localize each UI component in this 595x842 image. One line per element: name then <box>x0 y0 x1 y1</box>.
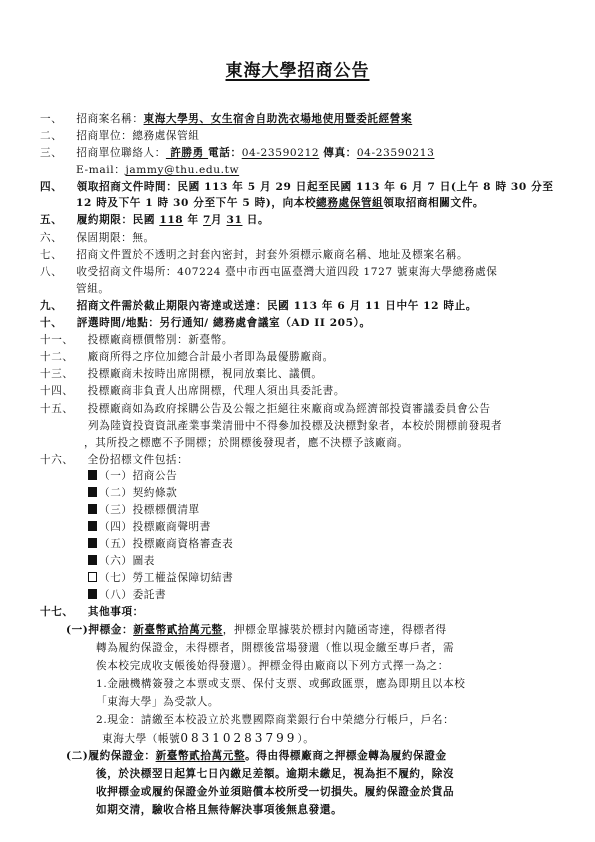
doc-item: （三）投標標價清單 <box>88 504 200 517</box>
item-16: 十六、 全份招標文件包括： <box>40 454 188 467</box>
item-4: 四、 領取招商文件時間：民國 113 年 5 月 29 日起至民國 113 年 … <box>40 181 554 194</box>
bid-bond-cont1: 轉為履約保證金，未得標者，開標後當場發還（惟以現金繳至專戶者，需 <box>96 642 454 655</box>
bid-bond-cont2: 俟本校完成收支帳後始得發還）。押標金得由廠商以下列方式擇一為之： <box>96 660 449 673</box>
checkbox-checked-icon[interactable] <box>88 538 97 548</box>
performance-bond-cont1: 後，於決標翌日起算七日內繳足差額。逾期未繳足，視為拒不履約，除沒 <box>96 768 454 781</box>
checkbox-checked-icon[interactable] <box>88 521 97 531</box>
item-8: 八、 收受招商文件場所：407224 臺中市西屯區臺灣大道四段 1727 號東海… <box>40 266 497 279</box>
checkbox-checked-icon[interactable] <box>88 470 97 480</box>
doc-item: （七）勞工權益保障切結書 <box>88 572 233 585</box>
item-9: 九、 招商文件需於截止期限內寄達或送達：民國 113 年 6 月 11 日中午 … <box>40 300 477 313</box>
item-17: 十七、 其他事項： <box>40 606 144 619</box>
announcement-page: 東海大學招商公告 一、 招商案名稱：東海大學男、女生宿舍自助洗衣場地使用暨委託經… <box>0 0 595 842</box>
item-2: 二、 招商單位：總務處保管組 <box>40 130 200 143</box>
item-8-cont: 管組。 <box>76 283 110 296</box>
doc-item: （五）投標廠商資格審查表 <box>88 538 233 551</box>
performance-bond-amount: 新臺幣貳拾萬元整 <box>156 750 246 762</box>
item-10: 十、 評選時間/地點：另行通知/ 總務處會議室（AD II 205）。 <box>40 317 371 330</box>
payment-method-1-cont: 「東海大學」為受款人。 <box>96 696 219 709</box>
contact-name: 許勝勇 <box>166 147 208 159</box>
checkbox-unchecked-icon[interactable] <box>88 572 97 582</box>
checkbox-checked-icon[interactable] <box>88 555 97 565</box>
checkbox-checked-icon[interactable] <box>88 487 97 497</box>
fax-number: 04-23590213 <box>357 147 435 159</box>
bid-bond-amount: 新臺幣貳拾萬元整 <box>133 624 223 636</box>
case-name: 東海大學男、女生宿舍自助洗衣場地使用暨委託經營案 <box>144 113 413 125</box>
item-3: 三、 招商單位聯絡人： 許勝勇 電話：04-23590212 傳真：04-235… <box>40 147 434 160</box>
item-12: 十二、 廠商所得之序位加總合計最小者即為最優勝廠商。 <box>40 351 334 364</box>
payment-method-2-cont: 東海大學（帳號08310283799）。 <box>102 732 314 746</box>
doc-item: （八）委託書 <box>88 589 166 602</box>
item-13: 十三、 投標廠商未按時出席開標，視同放棄比、議價。 <box>40 368 323 381</box>
item-11: 十一、 投標廠商標價幣別：新臺幣。 <box>40 334 233 347</box>
payment-method-1: 1.金融機構簽發之本票或支票、保付支票、或郵政匯票，應為即期且以本校 <box>96 678 466 691</box>
payment-method-2: 2.現金：請繳至本校設立於兆豐國際商業銀行台中榮總分行帳戶，戶名： <box>96 714 454 727</box>
page-title: 東海大學招商公告 <box>0 56 595 81</box>
phone-number: 04-23590212 <box>242 147 320 159</box>
checkbox-checked-icon[interactable] <box>88 504 97 514</box>
doc-item: （六）圖表 <box>88 555 155 568</box>
item-15-cont2: ，其所投之標應不予開標；於開標後發現者，應不決標予該廠商。 <box>84 437 409 450</box>
doc-item: （二）契約條款 <box>88 487 177 500</box>
checkbox-checked-icon[interactable] <box>88 589 97 599</box>
performance-bond: (二)履約保證金：新臺幣貳拾萬元整。得由得標廠商之押標金轉為履約保證金 <box>66 750 447 763</box>
item-5: 五、 履約期限：民國 118 年 7月 31 日。 <box>40 214 269 227</box>
item-14: 十四、 投標廠商非負責人出席開標，代理人須出具委託書。 <box>40 385 345 398</box>
item-3-email: E-mail：jammy@thu.edu.tw <box>76 164 239 177</box>
item-1: 一、 招商案名稱：東海大學男、女生宿舍自助洗衣場地使用暨委託經營案 <box>40 113 412 126</box>
email-link[interactable]: jammy@thu.edu.tw <box>125 164 239 176</box>
performance-bond-cont2: 收押標金或履約保證金外並須賠償本校所受一切損失。履約保證金於貨品 <box>96 786 454 799</box>
bid-bond: (一)押標金：新臺幣貳拾萬元整，押標金單據裝於標封內隨函寄達，得標者得 <box>66 624 447 637</box>
item-7: 七、 招商文件置於不透明之封套內密封，封套外須標示廠商名稱、地址及標案名稱。 <box>40 249 468 262</box>
item-15: 十五、 投標廠商如為政府採購公告及公報之拒絕往來廠商或為經濟部投資審議委員會公告 <box>40 403 491 416</box>
item-15-cont1: 列為陸資投資資訊產業事業清冊中不得參加投標及決標對象者，本校於開標前發現者 <box>88 420 502 433</box>
account-number: 08310283799 <box>180 731 297 745</box>
performance-bond-cont3: 如期交清，驗收合格且無待解決事項後無息發還。 <box>96 804 342 817</box>
item-6: 六、 保固期限：無。 <box>40 232 155 245</box>
doc-item: （一）招商公告 <box>88 470 177 483</box>
item-4-cont: 12 時及下午 1 時 30 分至下午 5 時)，向本校總務處保管組領取招商相關… <box>76 197 484 210</box>
doc-item: （四）投標廠商聲明書 <box>88 521 211 534</box>
